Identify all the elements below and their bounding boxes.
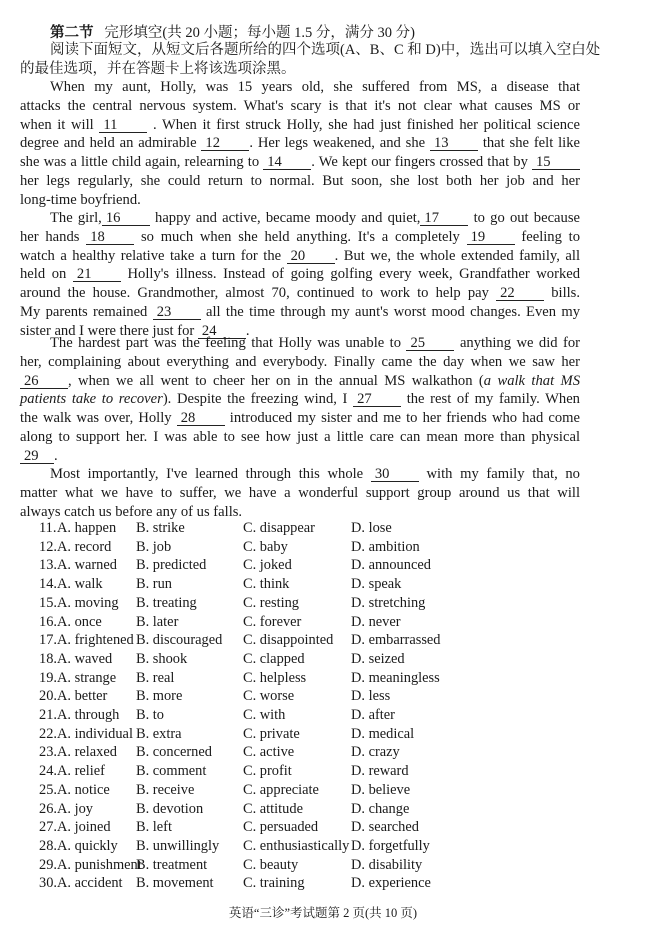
- option-c: C. beauty: [243, 857, 298, 874]
- option-b: B. comment: [136, 763, 206, 780]
- passage-line: When my aunt, Holly, was 15 years old, s…: [20, 78, 580, 97]
- option-d: D. forgetfully: [351, 838, 430, 855]
- option-c: C. disappointed: [243, 632, 333, 649]
- question-row: 25.A. noticeB. receiveC. appreciateD. be…: [0, 782, 646, 801]
- question-number: 11.: [39, 520, 56, 537]
- passage-line: when it will 11 . When it first struck H…: [20, 116, 580, 135]
- option-b: B. real: [136, 670, 174, 687]
- option-c: C. training: [243, 875, 305, 892]
- passage-paragraph-2: The girl,16 happy and active, became moo…: [20, 209, 580, 341]
- question-number: 28.: [39, 838, 57, 855]
- passage-line: her hands 18 so much when she held anyth…: [20, 228, 580, 247]
- option-b: B. left: [136, 819, 172, 836]
- option-d: D. less: [351, 688, 390, 705]
- option-b: B. movement: [136, 875, 214, 892]
- blank-21: 21: [73, 267, 121, 282]
- blank-28: 28: [177, 411, 225, 426]
- blank-22: 22: [496, 286, 544, 301]
- passage-line: her, complaining about everything and ev…: [20, 353, 580, 372]
- option-c: C. private: [243, 726, 300, 743]
- option-b: B. to: [136, 707, 164, 724]
- question-row: 11.A. happenB. strikeC. disappearD. lose: [0, 520, 646, 539]
- option-d: D. lose: [351, 520, 392, 537]
- passage-line: along to support her. I was able to see …: [20, 428, 580, 447]
- option-a: A. quickly: [57, 838, 118, 855]
- instructions-line-2: 的最佳选项，并在答题卡上将该选项涂黑。: [20, 60, 580, 79]
- option-c: C. appreciate: [243, 782, 319, 799]
- passage-paragraph-3: The hardest part was the feeling that Ho…: [20, 334, 580, 466]
- option-a: A. once: [57, 614, 102, 631]
- passage-line: long-time boyfriend.: [20, 191, 580, 210]
- option-c: C. clapped: [243, 651, 305, 668]
- option-b: B. treating: [136, 595, 197, 612]
- passage-line: watch a healthy relative take a turn for…: [20, 247, 580, 266]
- option-d: D. meaningless: [351, 670, 440, 687]
- option-a: A. joy: [57, 801, 93, 818]
- option-d: D. searched: [351, 819, 419, 836]
- question-row: 19.A. strangeB. realC. helplessD. meanin…: [0, 670, 646, 689]
- passage-line: degree and held an admirable 12. Her leg…: [20, 134, 580, 153]
- passage-line: 29.: [20, 447, 580, 466]
- section-title: 第二节 完形填空(共 20 小题；每小题 1.5 分，满分 30 分): [50, 21, 415, 42]
- option-c: C. helpless: [243, 670, 306, 687]
- option-d: D. never: [351, 614, 401, 631]
- question-row: 21.A. throughB. toC. withD. after: [0, 707, 646, 726]
- passage-line: attacks the central nervous system. What…: [20, 97, 580, 116]
- question-number: 29.: [39, 857, 57, 874]
- option-c: C. worse: [243, 688, 294, 705]
- question-number: 27.: [39, 819, 57, 836]
- blank-20: 20: [287, 249, 335, 264]
- passage-line: 26, when we all went to cheer her on in …: [20, 372, 580, 391]
- blank-13: 13: [430, 136, 478, 151]
- option-d: D. change: [351, 801, 409, 818]
- option-a: A. strange: [57, 670, 116, 687]
- option-a: A. better: [57, 688, 107, 705]
- option-d: D. experience: [351, 875, 431, 892]
- section-label: 第二节: [50, 25, 94, 41]
- question-row: 15.A. movingB. treatingC. restingD. stre…: [0, 595, 646, 614]
- blank-18: 18: [86, 230, 134, 245]
- question-row: 18.A. wavedB. shookC. clappedD. seized: [0, 651, 646, 670]
- option-a: A. moving: [57, 595, 119, 612]
- option-c: C. profit: [243, 763, 292, 780]
- blank-26: 26: [20, 374, 68, 389]
- option-d: D. after: [351, 707, 395, 724]
- question-number: 16.: [39, 614, 57, 631]
- option-a: A. joined: [57, 819, 111, 836]
- option-d: D. speak: [351, 576, 401, 593]
- question-row: 24.A. reliefB. commentC. profitD. reward: [0, 763, 646, 782]
- question-number: 13.: [39, 557, 57, 574]
- option-d: D. medical: [351, 726, 414, 743]
- option-b: B. receive: [136, 782, 194, 799]
- passage-line: matter what we have to suffer, we have a…: [20, 484, 580, 503]
- blank-17: 17: [420, 211, 468, 226]
- option-c: C. joked: [243, 557, 292, 574]
- blank-23: 23: [153, 305, 201, 320]
- option-d: D. announced: [351, 557, 431, 574]
- blank-15: 15: [532, 155, 580, 170]
- option-a: A. happen: [57, 520, 116, 537]
- blank-29: 29: [20, 449, 54, 464]
- option-b: B. extra: [136, 726, 182, 743]
- option-c: C. with: [243, 707, 285, 724]
- option-a: A. relaxed: [57, 744, 117, 761]
- page-footer: 英语“三诊”考试题第 2 页(共 10 页): [0, 903, 646, 921]
- question-number: 23.: [39, 744, 57, 761]
- option-a: A. walk: [57, 576, 103, 593]
- passage-line: her legs regularly, she could return to …: [20, 172, 580, 191]
- option-a: A. frightened: [57, 632, 134, 649]
- option-a: A. waved: [57, 651, 112, 668]
- option-d: D. believe: [351, 782, 410, 799]
- option-a: A. warned: [57, 557, 117, 574]
- question-row: 22.A. individualB. extraC. privateD. med…: [0, 726, 646, 745]
- passage-line: patients take to recover). Despite the f…: [20, 390, 580, 409]
- passage-paragraph-4: Most importantly, I've learned through t…: [20, 465, 580, 521]
- exam-page: 第二节 完形填空(共 20 小题；每小题 1.5 分，满分 30 分) 阅读下面…: [0, 0, 646, 936]
- question-number: 26.: [39, 801, 57, 818]
- option-d: D. ambition: [351, 539, 420, 556]
- option-b: B. strike: [136, 520, 185, 537]
- question-number: 17.: [39, 632, 57, 649]
- question-row: 23.A. relaxedB. concernedC. activeD. cra…: [0, 744, 646, 763]
- question-number: 21.: [39, 707, 57, 724]
- question-number: 25.: [39, 782, 57, 799]
- passage-line: around the house. Grandmother, almost 70…: [20, 284, 580, 303]
- option-b: B. later: [136, 614, 178, 631]
- option-c: C. enthusiastically: [243, 838, 349, 855]
- passage-line: held on 21 Holly's illness. Instead of g…: [20, 265, 580, 284]
- blank-25: 25: [406, 336, 454, 351]
- question-row: 28.A. quicklyB. unwillinglyC. enthusiast…: [0, 838, 646, 857]
- blank-14: 14: [263, 155, 311, 170]
- option-b: B. run: [136, 576, 172, 593]
- passage-line: always catch us before any of us falls.: [20, 503, 580, 522]
- blank-27: 27: [353, 392, 401, 407]
- option-b: B. devotion: [136, 801, 203, 818]
- blank-16: 16: [102, 211, 150, 226]
- question-row: 29.A. punishmentB. treatmentC. beautyD. …: [0, 857, 646, 876]
- option-d: D. embarrassed: [351, 632, 441, 649]
- option-a: A. punishment: [57, 857, 142, 874]
- option-a: A. individual: [57, 726, 133, 743]
- passage-line: Most importantly, I've learned through t…: [20, 465, 580, 484]
- option-d: D. crazy: [351, 744, 400, 761]
- blank-30: 30: [371, 467, 419, 482]
- question-row: 20.A. betterB. moreC. worseD. less: [0, 688, 646, 707]
- option-d: D. disability: [351, 857, 422, 874]
- question-row: 17.A. frightenedB. discouragedC. disappo…: [0, 632, 646, 651]
- option-c: C. baby: [243, 539, 288, 556]
- question-row: 14.A. walkB. runC. thinkD. speak: [0, 576, 646, 595]
- option-b: B. shook: [136, 651, 187, 668]
- passage-line: The hardest part was the feeling that Ho…: [20, 334, 580, 353]
- option-a: A. notice: [57, 782, 110, 799]
- question-number: 15.: [39, 595, 57, 612]
- passage-line: The girl,16 happy and active, became moo…: [20, 209, 580, 228]
- option-c: C. active: [243, 744, 294, 761]
- option-b: B. discouraged: [136, 632, 222, 649]
- option-c: C. attitude: [243, 801, 303, 818]
- passage-line: the walk was over, Holly 28 introduced m…: [20, 409, 580, 428]
- question-number: 22.: [39, 726, 57, 743]
- option-d: D. seized: [351, 651, 405, 668]
- question-number: 20.: [39, 688, 57, 705]
- question-number: 19.: [39, 670, 57, 687]
- question-number: 30.: [39, 875, 57, 892]
- option-c: C. persuaded: [243, 819, 318, 836]
- instructions-line-1: 阅读下面短文，从短文后各题所给的四个选项(A、B、C 和 D)中，选出可以填入空…: [20, 41, 580, 60]
- option-d: D. reward: [351, 763, 409, 780]
- question-row: 26.A. joyB. devotionC. attitudeD. change: [0, 801, 646, 820]
- question-number: 12.: [39, 539, 57, 556]
- question-row: 16.A. onceB. laterC. foreverD. never: [0, 614, 646, 633]
- question-row: 12.A. recordB. jobC. babyD. ambition: [0, 539, 646, 558]
- question-row: 30.A. accidentB. movementC. trainingD. e…: [0, 875, 646, 894]
- section-heading: 完形填空(共 20 小题；每小题 1.5 分，满分 30 分): [104, 25, 415, 41]
- passage-line: she was a little child again, relearning…: [20, 153, 580, 172]
- option-d: D. stretching: [351, 595, 425, 612]
- option-a: A. record: [57, 539, 111, 556]
- option-c: C. resting: [243, 595, 299, 612]
- option-b: B. unwillingly: [136, 838, 219, 855]
- option-b: B. treatment: [136, 857, 207, 874]
- blank-19: 19: [467, 230, 515, 245]
- option-c: C. forever: [243, 614, 301, 631]
- option-b: B. concerned: [136, 744, 212, 761]
- question-row: 27.A. joinedB. leftC. persuadedD. search…: [0, 819, 646, 838]
- option-b: B. predicted: [136, 557, 206, 574]
- question-number: 24.: [39, 763, 57, 780]
- blank-11: 11: [99, 118, 147, 133]
- option-c: C. think: [243, 576, 289, 593]
- question-number: 14.: [39, 576, 57, 593]
- option-a: A. accident: [57, 875, 123, 892]
- passage-line: My parents remained 23 all the time thro…: [20, 303, 580, 322]
- question-number: 18.: [39, 651, 57, 668]
- option-b: B. job: [136, 539, 171, 556]
- option-c: C. disappear: [243, 520, 315, 537]
- blank-12: 12: [201, 136, 249, 151]
- option-a: A. through: [57, 707, 119, 724]
- question-row: 13.A. warnedB. predictedC. jokedD. annou…: [0, 557, 646, 576]
- option-a: A. relief: [57, 763, 105, 780]
- option-b: B. more: [136, 688, 182, 705]
- passage-paragraph-1: When my aunt, Holly, was 15 years old, s…: [20, 78, 580, 210]
